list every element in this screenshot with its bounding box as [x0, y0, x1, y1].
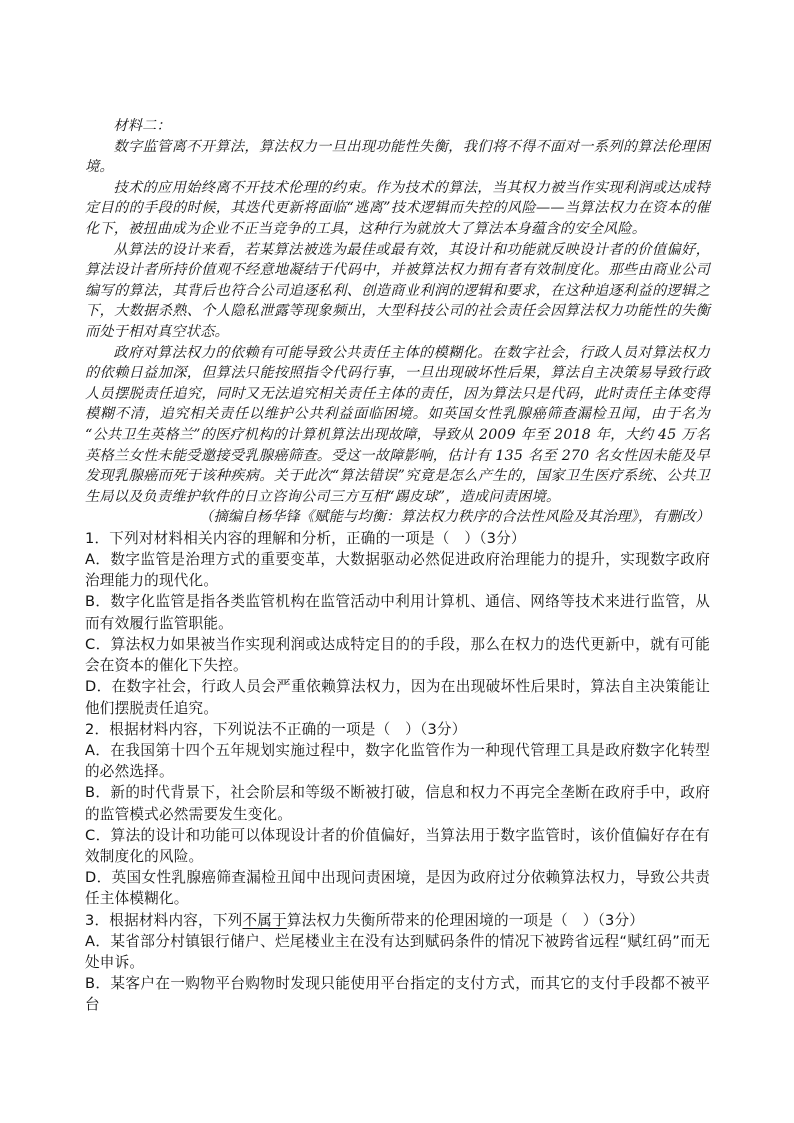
material-paragraph-2: 技术的应用始终离不开技术伦理的约束。作为技术的算法，当其权力被当作实现利润或达成… [85, 178, 710, 240]
questions-section: 1．下列对材料相关内容的理解和分析，正确的一项是（ ）（3分） A．数字监管是治… [85, 528, 710, 1016]
material-paragraph-1: 数字监管离不开算法，算法权力一旦出现功能性失衡，我们将不得不面对一系列的算法伦理… [85, 137, 710, 178]
question-3-stem-pre: 3．根据材料内容，下列 [85, 912, 242, 929]
question-3-stem-post: 算法权力失衡所带来的伦理困境的一项是（ ）（3分） [287, 912, 644, 929]
material-paragraph-4: 政府对算法权力的依赖有可能导致公共责任主体的模糊化。在数字社会，行政人员对算法权… [85, 343, 710, 508]
question-2-option-c: C．算法的设计和功能可以体现设计者的价值偏好，当算法用于数字监管时，该价值偏好存… [85, 825, 710, 867]
material-section: 材料二： 数字监管离不开算法，算法权力一旦出现功能性失衡，我们将不得不面对一系列… [85, 116, 710, 528]
question-2-stem-pre: 2．根据材料内容，下列说法不正确的一项是（ ）（3分） [85, 721, 467, 738]
exam-page: 材料二： 数字监管离不开算法，算法权力一旦出现功能性失衡，我们将不得不面对一系列… [0, 0, 794, 1123]
question-2-option-d: D．英国女性乳腺癌筛查漏检丑闻中出现问责困境，是因为政府过分依赖算法权力，导致公… [85, 867, 710, 909]
question-2-stem: 2．根据材料内容，下列说法不正确的一项是（ ）（3分） [85, 719, 710, 740]
material-paragraph-3: 从算法的设计来看，若某算法被选为最佳或最有效，其设计和功能就反映设计者的价值偏好… [85, 240, 710, 343]
question-3-option-a: A．某省部分村镇银行储户、烂尾楼业主在没有达到赋码条件的情况下被跨省远程“赋红码… [85, 931, 710, 973]
question-2-option-b: B．新的时代背景下，社会阶层和等级不断被打破，信息和权力不再完全垄断在政府手中，… [85, 782, 710, 824]
question-2: 2．根据材料内容，下列说法不正确的一项是（ ）（3分） A．在我国第十四个五年规… [85, 719, 710, 910]
question-1-option-b: B．数字化监管是指各类监管机构在监管活动中利用计算机、通信、网络等技术来进行监管… [85, 591, 710, 633]
question-1-stem-pre: 1．下列对材料相关内容的理解和分析，正确的一项是（ ）（3分） [85, 530, 526, 547]
question-1-option-d: D．在数字社会，行政人员会严重依赖算法权力，因为在出现破坏性后果时，算法自主决策… [85, 676, 710, 718]
question-3-stem-emphasis: 不属于 [242, 912, 286, 929]
question-1-option-c: C．算法权力如果被当作实现利润或达成特定目的的手段，那么在权力的迭代更新中，就有… [85, 634, 710, 676]
question-1: 1．下列对材料相关内容的理解和分析，正确的一项是（ ）（3分） A．数字监管是治… [85, 528, 710, 719]
question-1-option-a: A．数字监管是治理方式的重要变革，大数据驱动必然促进政府治理能力的提升，实现数字… [85, 549, 710, 591]
question-3-option-b: B．某客户在一购物平台购物时发现只能使用平台指定的支付方式，而其它的支付手段都不… [85, 973, 710, 1015]
source-citation: （摘编自杨华锋《赋能与均衡：算法权力秩序的合法性风险及其治理》，有删改） [85, 507, 710, 528]
question-3: 3．根据材料内容，下列不属于算法权力失衡所带来的伦理困境的一项是（ ）（3分） … [85, 910, 710, 1016]
question-1-stem: 1．下列对材料相关内容的理解和分析，正确的一项是（ ）（3分） [85, 528, 710, 549]
question-3-stem: 3．根据材料内容，下列不属于算法权力失衡所带来的伦理困境的一项是（ ）（3分） [85, 910, 710, 931]
question-2-option-a: A．在我国第十四个五年规划实施过程中，数字化监管作为一种现代管理工具是政府数字化… [85, 740, 710, 782]
material-label: 材料二： [85, 116, 710, 137]
